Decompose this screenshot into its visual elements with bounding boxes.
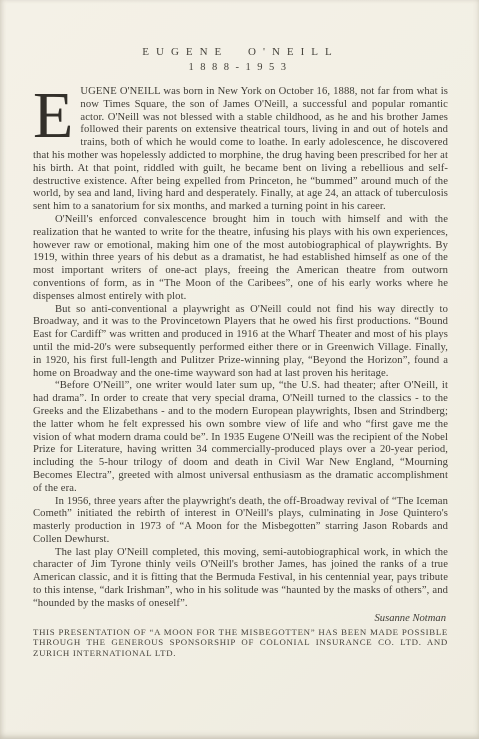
author-signature: Susanne Notman xyxy=(33,612,446,625)
paragraph-1: EUGENE O'NEILL was born in New York on O… xyxy=(33,86,448,214)
page-title: EUGENE O'NEILL xyxy=(33,46,448,58)
paragraph-3: But so anti-conventional a playwright as… xyxy=(33,304,448,381)
paragraph-4: “Before O'Neill”, one writer would later… xyxy=(33,380,448,495)
title-block: EUGENE O'NEILL 1888-1953 xyxy=(33,46,448,73)
program-page: EUGENE O'NEILL 1888-1953 EUGENE O'NEILL … xyxy=(0,0,479,739)
dropcap-letter: E xyxy=(33,86,80,143)
paragraph-6: The last play O'Neill completed, this mo… xyxy=(33,547,448,611)
biography-article: EUGENE O'NEILL was born in New York on O… xyxy=(33,86,448,611)
paragraph-2: O'Neill's enforced convalescence brought… xyxy=(33,214,448,304)
sponsor-note: THIS PRESENTATION OF “A MOON FOR THE MIS… xyxy=(33,627,448,659)
paragraph-5: In 1956, three years after the playwrigh… xyxy=(33,496,448,547)
page-subtitle-years: 1888-1953 xyxy=(33,62,448,73)
paragraph-1-text: UGENE O'NEILL was born in New York on Oc… xyxy=(33,86,448,212)
